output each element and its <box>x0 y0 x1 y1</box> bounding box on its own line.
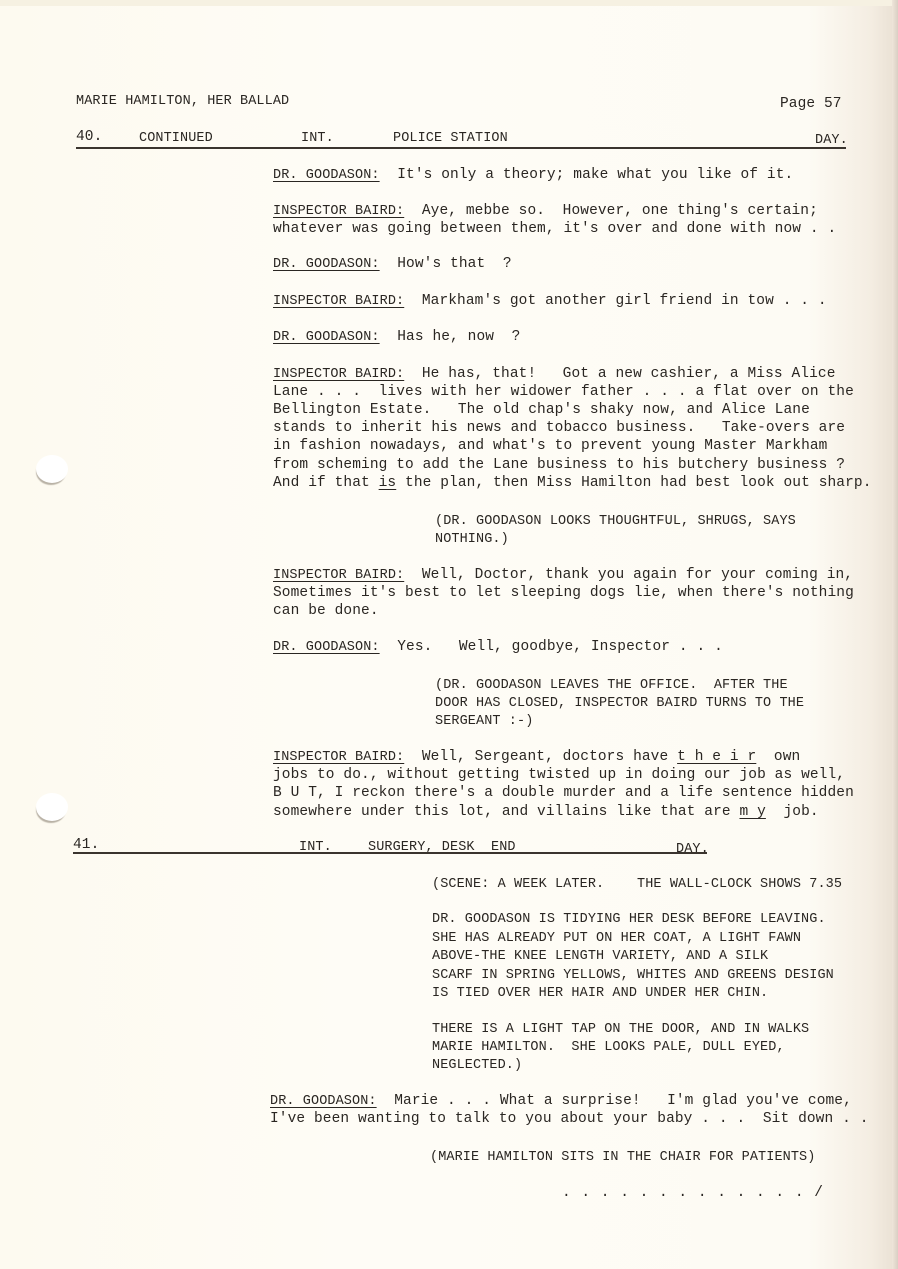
stage-direction: (DR. GOODASON LOOKS THOUGHTFUL, SHRUGS, … <box>435 512 796 531</box>
punch-hole-lower <box>36 793 68 821</box>
page-number: Page 57 <box>780 95 842 114</box>
dialogue-line: And if that is the plan, then Miss Hamil… <box>273 474 872 493</box>
dialogue-text: stands to inherit his news and tobacco b… <box>273 419 845 438</box>
emphasis-their: t h e i r <box>677 749 756 765</box>
stage-direction: (SCENE: A WEEK LATER. THE WALL-CLOCK SHO… <box>432 875 842 894</box>
stage-direction: IS TIED OVER HER HAIR AND UNDER HER CHIN… <box>432 984 768 1003</box>
scene-time: DAY. <box>676 840 709 859</box>
dialogue-text: B U T, I reckon there's a double murder … <box>273 784 854 803</box>
dialogue-line: DR. GOODASON: Marie . . . What a surpris… <box>270 1092 852 1111</box>
dialogue-line: INSPECTOR BAIRD: He has, that! Got a new… <box>273 365 836 384</box>
scene-location: SURGERY, DESK END <box>368 838 516 857</box>
dialogue-text: It's only a theory; make what you like o… <box>397 167 793 183</box>
stage-direction: SCARF IN SPRING YELLOWS, WHITES AND GREE… <box>432 966 834 985</box>
continuation-marker: . . . . . . . . . . . . . / <box>562 1184 824 1203</box>
dialogue-text: Lane . . . lives with her widower father… <box>273 383 854 402</box>
paper-right-edge <box>892 0 898 1269</box>
stage-direction: DOOR HAS CLOSED, INSPECTOR BAIRD TURNS T… <box>435 694 804 713</box>
stage-direction: SHE HAS ALREADY PUT ON HER COAT, A LIGHT… <box>432 929 801 948</box>
scene-int: INT. <box>301 129 334 148</box>
speaker-name: DR. GOODASON: <box>273 257 380 272</box>
scene-heading-rule <box>76 147 846 149</box>
stage-direction: NEGLECTED.) <box>432 1056 522 1075</box>
dialogue-line: INSPECTOR BAIRD: Well, Sergeant, doctors… <box>273 748 800 767</box>
script-title: MARIE HAMILTON, HER BALLAD <box>76 92 289 111</box>
dialogue-line: INSPECTOR BAIRD: Well, Doctor, thank you… <box>273 566 853 585</box>
scene-number-40: 40. <box>76 128 102 147</box>
dialogue-text: Yes. Well, goodbye, Inspector . . . <box>397 639 723 655</box>
dialogue-text: own <box>756 749 800 765</box>
dialogue-text: I've been wanting to talk to you about y… <box>270 1110 869 1129</box>
dialogue-line: DR. GOODASON: It's only a theory; make w… <box>273 166 793 185</box>
dialogue-line: DR. GOODASON: Has he, now ? <box>273 328 520 347</box>
dialogue-text: And if that <box>273 475 379 491</box>
dialogue-text: in fashion nowadays, and what's to preve… <box>273 437 828 456</box>
dialogue-text: Aye, mebbe so. However, one thing's cert… <box>422 203 818 219</box>
dialogue-text: Has he, now ? <box>397 329 520 345</box>
dialogue-line: DR. GOODASON: How's that ? <box>273 255 512 274</box>
scene-continued: CONTINUED <box>139 129 213 148</box>
dialogue-text: Bellington Estate. The old chap's shaky … <box>273 401 810 420</box>
dialogue-text: from scheming to add the Lane business t… <box>273 456 845 475</box>
speaker-name: INSPECTOR BAIRD: <box>273 568 404 583</box>
stage-direction: DR. GOODASON IS TIDYING HER DESK BEFORE … <box>432 910 826 929</box>
dialogue-text: He has, that! Got a new cashier, a Miss … <box>422 366 836 382</box>
dialogue-text: jobs to do., without getting twisted up … <box>273 766 845 785</box>
dialogue-text: whatever was going between them, it's ov… <box>273 220 836 239</box>
dialogue-text: Well, Sergeant, doctors have <box>422 749 677 765</box>
dialogue-line: somewhere under this lot, and villains l… <box>273 803 819 822</box>
scene-int: INT. <box>299 838 332 857</box>
stage-direction: ABOVE-THE KNEE LENGTH VARIETY, AND A SIL… <box>432 947 768 966</box>
dialogue-line: INSPECTOR BAIRD: Markham's got another g… <box>273 292 827 311</box>
speaker-name: DR. GOODASON: <box>273 168 380 183</box>
speaker-name: DR. GOODASON: <box>270 1094 377 1109</box>
dialogue-text: Marie . . . What a surprise! I'm glad yo… <box>377 1093 852 1109</box>
dialogue-line: DR. GOODASON: Yes. Well, goodbye, Inspec… <box>273 638 723 657</box>
stage-direction: (MARIE HAMILTON SITS IN THE CHAIR FOR PA… <box>430 1148 815 1167</box>
dialogue-text: somewhere under this lot, and villains l… <box>273 804 739 820</box>
speaker-name: INSPECTOR BAIRD: <box>273 204 404 219</box>
dialogue-text: job. <box>766 804 819 820</box>
typed-script-page: MARIE HAMILTON, HER BALLAD Page 57 40. C… <box>0 0 898 1269</box>
speaker-name: INSPECTOR BAIRD: <box>273 750 404 765</box>
punch-hole-upper <box>36 455 68 483</box>
stage-direction: MARIE HAMILTON. SHE LOOKS PALE, DULL EYE… <box>432 1038 785 1057</box>
dialogue-text: Well, Doctor, thank you again for your c… <box>422 567 853 583</box>
speaker-name: DR. GOODASON: <box>273 640 380 655</box>
dialogue-text: the plan, then Miss Hamilton had best lo… <box>396 475 871 491</box>
scene-heading-rule <box>73 852 707 854</box>
stage-direction: (DR. GOODASON LEAVES THE OFFICE. AFTER T… <box>435 676 788 695</box>
stage-direction: SERGEANT :-) <box>435 712 533 731</box>
dialogue-text: Sometimes it's best to let sleeping dogs… <box>273 584 854 603</box>
dialogue-line: INSPECTOR BAIRD: Aye, mebbe so. However,… <box>273 202 818 221</box>
scene-location: POLICE STATION <box>393 129 508 148</box>
speaker-name: INSPECTOR BAIRD: <box>273 294 404 309</box>
stage-direction: NOTHING.) <box>435 530 509 549</box>
paper-top-edge <box>0 0 898 6</box>
dialogue-text: Markham's got another girl friend in tow… <box>422 293 827 309</box>
dialogue-text: How's that ? <box>397 256 511 272</box>
dialogue-text: can be done. <box>273 602 379 621</box>
emphasis-my: m y <box>739 804 765 820</box>
emphasis-is: is <box>379 475 397 491</box>
speaker-name: DR. GOODASON: <box>273 330 380 345</box>
stage-direction: THERE IS A LIGHT TAP ON THE DOOR, AND IN… <box>432 1020 809 1039</box>
speaker-name: INSPECTOR BAIRD: <box>273 367 404 382</box>
